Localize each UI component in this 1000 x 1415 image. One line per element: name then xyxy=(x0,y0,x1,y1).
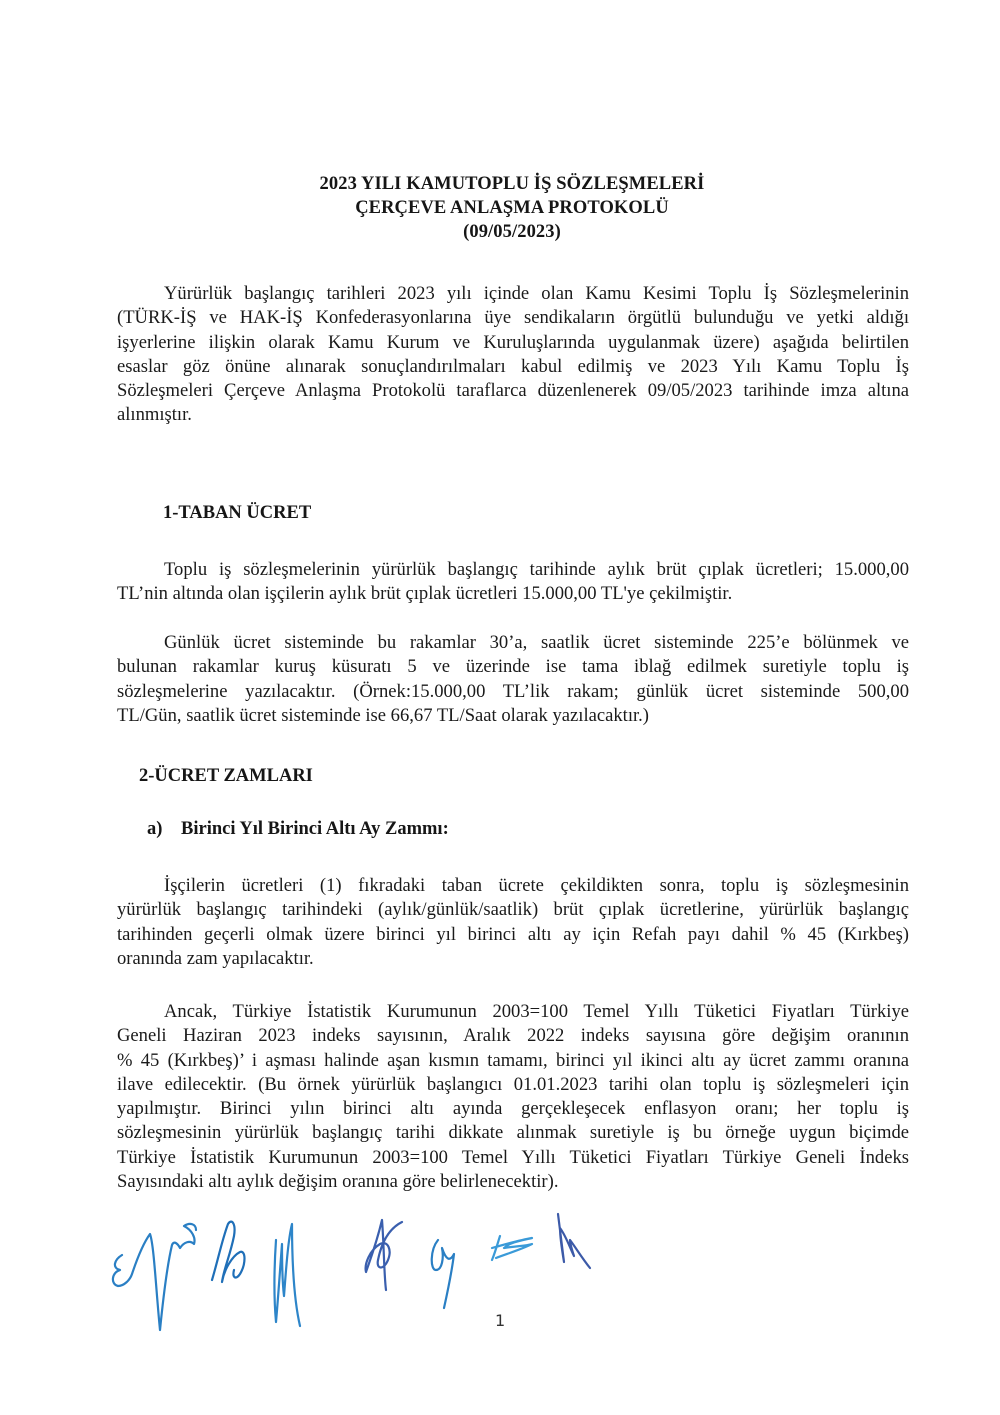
text-line: (TÜRK-İŞ ve HAK-İŞ Konfederasyonlarına ü… xyxy=(117,306,909,330)
subsection-a-paragraph-1: İşçilerin ücretleri (1) fıkradaki taban … xyxy=(117,874,909,971)
subsection-title: Birinci Yıl Birinci Altı Ay Zammı: xyxy=(181,819,449,839)
signature-1 xyxy=(113,1224,196,1330)
text-line: ilave edilecektir. (Bu örnek yürürlük ba… xyxy=(117,1073,909,1097)
signature-4 xyxy=(366,1220,402,1290)
text-line: Yürürlük başlangıç tarihleri 2023 yılı i… xyxy=(117,282,909,306)
text-line: bulunan rakamlar kuruş küsuratı 5 ve üze… xyxy=(117,655,909,679)
signature-7 xyxy=(558,1214,590,1268)
signature-3 xyxy=(275,1224,301,1326)
signature-6 xyxy=(492,1236,532,1260)
subsection-marker: a) xyxy=(147,817,181,841)
text-line: esaslar göz önüne alınarak sonuçlandırıl… xyxy=(117,355,909,379)
intro-paragraph: Yürürlük başlangıç tarihleri 2023 yılı i… xyxy=(117,282,909,428)
subsection-heading-a: a)Birinci Yıl Birinci Altı Ay Zammı: xyxy=(147,817,449,841)
text-line: oranında zam yapılacaktır. xyxy=(117,947,909,971)
section1-paragraph-1: Toplu iş sözleşmelerinin yürürlük başlan… xyxy=(117,558,909,607)
signature-2 xyxy=(212,1222,245,1282)
text-line: TL/Gün, saatlik ücret sisteminde ise 66,… xyxy=(117,704,909,728)
text-line: Geneli Haziran 2023 indeks sayısının, Ar… xyxy=(117,1024,909,1048)
title-line-3: (09/05/2023) xyxy=(0,220,1000,244)
section-heading-taban-ucret: 1-TABAN ÜCRET xyxy=(163,501,311,525)
subsection-a-paragraph-2: Ancak, Türkiye İstatistik Kurumunun 2003… xyxy=(117,1000,909,1194)
document-title: 2023 YILI KAMUTOPLU İŞ SÖZLEŞMELERİ ÇERÇ… xyxy=(0,172,1000,244)
text-line: Ancak, Türkiye İstatistik Kurumunun 2003… xyxy=(117,1000,909,1024)
text-line: sözleşmelerine yazılacaktır. (Örnek:15.0… xyxy=(117,680,909,704)
text-line: TL’nin altında olan işçilerin aylık brüt… xyxy=(117,582,909,606)
text-line: Sayısındaki altı aylık değişim oranına g… xyxy=(117,1170,909,1194)
text-line: işyerlerine ilişkin olarak Kamu Kurum ve… xyxy=(117,331,909,355)
text-line: İşçilerin ücretleri (1) fıkradaki taban … xyxy=(117,874,909,898)
text-line: yürürlük başlangıç tarihindeki (aylık/gü… xyxy=(117,898,909,922)
text-line: Sözleşmeleri Çerçeve Anlaşma Protokolü t… xyxy=(117,379,909,403)
text-line: tarihinden geçerli olmak üzere birinci y… xyxy=(117,923,909,947)
text-line: Türkiye İstatistik Kurumunun 2003=100 Te… xyxy=(117,1146,909,1170)
signatures-block xyxy=(100,1200,880,1400)
text-line: Günlük ücret sisteminde bu rakamlar 30’a… xyxy=(117,631,909,655)
text-line: yapılmıştır. Birinci yılın birinci altı … xyxy=(117,1097,909,1121)
text-line: alınmıştır. xyxy=(117,403,909,427)
text-line: sözleşmesinin yürürlük başlangıç tarihi … xyxy=(117,1121,909,1145)
title-line-2: ÇERÇEVE ANLAŞMA PROTOKOLÜ xyxy=(0,196,1000,220)
document-page: 2023 YILI KAMUTOPLU İŞ SÖZLEŞMELERİ ÇERÇ… xyxy=(0,0,1000,1415)
section1-paragraph-2: Günlük ücret sisteminde bu rakamlar 30’a… xyxy=(117,631,909,728)
text-line: % 45 (Kırkbeş)’ i aşması halinde aşan kı… xyxy=(117,1049,909,1073)
signature-5 xyxy=(432,1240,454,1308)
text-line: Toplu iş sözleşmelerinin yürürlük başlan… xyxy=(117,558,909,582)
title-line-1: 2023 YILI KAMUTOPLU İŞ SÖZLEŞMELERİ xyxy=(0,172,1000,196)
section-heading-ucret-zamlari: 2-ÜCRET ZAMLARI xyxy=(139,764,313,788)
page-number: 1 xyxy=(495,1311,505,1330)
